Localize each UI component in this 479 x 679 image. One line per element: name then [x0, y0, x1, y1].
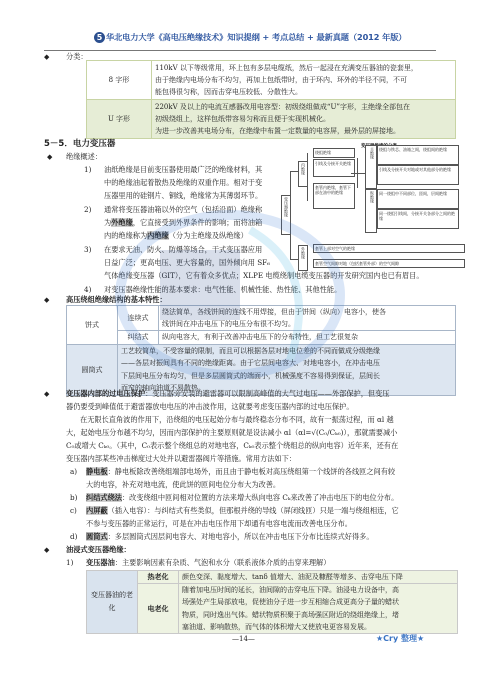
diagram-node: 同一绕组中不同部位，匝间，层间绝缘 — [377, 189, 459, 209]
text-line: 工艺较简单，不受容量的限制，而且可以根据各层对地电位差的不同而做成分级绝缘 — [121, 345, 452, 357]
text-line: 中的绝缘油起着散热及绝缘的双重作用。相对于变 — [104, 176, 262, 189]
text-line: 110kV 以下等级常用，环上包有多层电缆纸，然后一起浸在充满变压器油的瓷套里， — [155, 62, 452, 74]
text-line: 能包得很匀称，因而击穿电压较低、分散性大。 — [155, 86, 452, 98]
term-highlight: 内绝缘 — [147, 231, 169, 240]
sub-label: 纠结式 — [118, 331, 159, 344]
diamond-bullet-icon: ◆ — [44, 53, 49, 61]
page-header: 5 华北电力大学《高电压绝缘技术》知识提纲 + 考点总结 + 最新真题（2012… — [44, 28, 436, 51]
table-row: 电老化 随着加电压时间的延长，油间隙的击穿电压下降。油浸电力设备中，高 场强处产… — [87, 584, 458, 634]
text-line: ——各层对振间具有不同的绝缘距离。由于它层间电容大、对地电容小，在冲击电压 — [121, 357, 452, 369]
text-line: 大，起始电压分布越不均匀，因而内部保护的主要原则就是设法减小 αl（αl=√(C… — [66, 426, 398, 439]
item-number: b) — [70, 491, 77, 504]
diagram-node: 套管上部对空气的绝缘 — [313, 244, 465, 253]
text-line: 物质，同时逸出气体。蜡状物质积聚于高场强区附近的绕组绝缘上，堵 — [182, 609, 454, 621]
diamond-bullet-icon: ◆ — [44, 546, 49, 554]
text-line: 不参与变压器的正常运行，可是在冲击电压作用下却通有电容电流而改善电压分布。 — [86, 517, 399, 530]
text-line: 下层间电压分布均匀，但是多层圆筒式的端面小，机械强度不容易得到保证，层间长 — [121, 370, 452, 382]
protection-title: 变压器内部的过电压保护 — [66, 389, 145, 398]
text-line: ：改变绕组中匝间相对位置的方法来增大纵向电容 Cₖ来改善了冲击电压下的电位分布。 — [122, 493, 398, 502]
row-content: 纵向电容大，有利于改善冲击电压下的分布特性，但工艺很复杂 — [159, 331, 456, 344]
table-row: 饼式 连续式 绕法简单，各线饼间的连线不用焊接，但由于饼间（纵向）电容小，使各 … — [67, 306, 456, 331]
text-line: ：静电板除改善绕组端部电场外，而且由于静电板对高压绕组第一个线饼的各线匝之间有较 — [108, 467, 396, 476]
row-label: 电老化 — [138, 584, 179, 634]
protection-paragraph: 在无限长直角波的作用下，沿绕组的电压起始分布与最终稳态分布不同，故有一振荡过程，… — [66, 413, 398, 465]
term-highlight: 纠结式绕法 — [86, 493, 122, 502]
diagram-node: 引线及分接开关对地或对其他部分的绝缘 — [377, 165, 459, 185]
text-line: 随着加电压时间的延长，油间隙的击穿电压下降。油浸电力设备中，高 — [182, 584, 454, 596]
sub-label: 连续式 — [118, 306, 159, 331]
method-d: 圆筒式：多层圆筒式因层间电容大、对地电容小，所以在冲击电压下分布比连续式好得多。 — [86, 530, 374, 543]
table-row: U 字形 220kV 及以上的电流互感器改用电容型：初级绕组做成“U”字形，主绝… — [87, 100, 456, 139]
classification-label: 分类： — [66, 50, 88, 63]
section-title: 5－5．电力变压器 — [44, 137, 115, 149]
row-content: 110kV 以下等级常用，环上包有多层电缆纸，然后一起浸在充满变压器油的瓷套里，… — [152, 61, 456, 100]
group-label: 变压器油的老化 — [87, 571, 138, 634]
text-line: 初级绕组上，这样包纸带容易匀称而且便于实现机械化。 — [155, 113, 452, 125]
row-content: 绕法简单，各线饼间的连线不用焊接，但由于饼间（纵向）电容小，使各 线饼间在冲击电… — [159, 306, 456, 331]
row-label: 热老化 — [138, 571, 179, 584]
table-row: 变压器油的老化 热老化 颜色变深、黏度增大、tanδ 值增大、油泥及糠醛等增多、… — [87, 571, 458, 584]
table-row: 纠结式 纵向电容大，有利于改善冲击电压下的分布特性，但工艺很复杂 — [67, 331, 456, 344]
item-number: 1) — [84, 163, 91, 176]
row-content: 颜色变深、黏度增大、tanδ 值增大、油泥及糠醛等增多、击穿电压下降 — [179, 571, 458, 584]
item-number: c) — [70, 504, 77, 517]
text-line: 场强处产生局部放电，促使油分子进一步互相缩合成更高分子量的蜡状 — [182, 596, 454, 608]
row-label: 8 字形 — [87, 61, 152, 100]
text-line: 为进一步改善其电场分布，在绝缘中布置一定数量的电容屏，最外层的屏接地。 — [155, 125, 452, 137]
diagram-node: 套管内绝缘，套管下部在油中的绝缘 — [313, 183, 355, 209]
text-line: 油纸绝缘是目前变压器使用最广泛的绝缘材料，其 — [104, 163, 262, 176]
oil-insulation-label: 油浸式变压器绝缘： — [66, 543, 131, 556]
term-highlight: 外绝缘 — [111, 218, 133, 227]
term-highlight: 圆筒式 — [86, 532, 108, 541]
item-number: 3) — [84, 243, 91, 256]
term-highlight: 静电板 — [86, 467, 108, 476]
method-a: 静电板：静电板除改善绕组端部电场外，而且由于静电板对高压绕组第一个线饼的各线匝之… — [86, 465, 395, 491]
text-line: 220kV 及以上的电流互感器改用电容型：初级绕组做成“U”字形，主绝缘全部包在 — [155, 101, 452, 113]
page-number: —14— — [232, 635, 255, 643]
row-content: 220kV 及以上的电流互感器改用电容型：初级绕组做成“U”字形，主绝缘全部包在… — [152, 100, 456, 139]
item-number: 1) — [66, 556, 73, 569]
diagram-node: 套管空气间隙对地（包括套管外部）的空气间隙 — [313, 259, 465, 268]
text-line: 通常将变压器油箱以外的空气（包括沿面）绝缘称 — [104, 203, 262, 216]
diamond-bullet-icon: ◆ — [47, 153, 52, 161]
method-b: 纠结式绕法：改变绕组中匝间相对位置的方法来增大纵向电容 Cₖ来改善了冲击电压下的… — [86, 491, 398, 504]
oil-aging-table: 变压器油的老化 热老化 颜色变深、黏度增大、tanδ 值增大、油泥及糠醛等增多、… — [86, 570, 458, 634]
text-line: 在无限长直角波的作用下，沿绕组的电压起始分布与最终稳态分布不同，故有一振荡过程，… — [66, 413, 398, 426]
insulation-classification-diagram: 变压器绝缘的分类 变压器绝缘 内绝缘 外绝缘 绕组绝缘 引线及分接开关绝缘 套管… — [281, 143, 471, 267]
diagram-node: 同一绕组引线间，分接开关各部分之间的绝缘 — [377, 209, 459, 229]
term-highlight: 内屏蔽 — [86, 506, 108, 515]
oil-item: 变压器油：主要影响因素有杂质、气泡和水分（联系液体介质的击穿来理解） — [86, 556, 330, 569]
text-line: 绕法简单，各线饼间的连线不用焊接，但由于饼间（纵向）电容小，使各 — [162, 306, 452, 318]
diagram-main-insulation: 主绝缘 — [365, 145, 377, 189]
text-line: 内的绝缘称为内绝缘（分为主绝缘及纵绝缘） — [104, 229, 262, 242]
item-number: 2) — [84, 203, 91, 216]
diagram-longitudinal-insulation: 纵绝缘 — [365, 189, 377, 233]
text-line: C₀或增大 Cₖ₀。（其中，C₀表示整个绕组总的对地电容，Cₖ₀表示整个绕组总的… — [66, 439, 398, 452]
text-line: 变压器内部某些冲击梯度过大处并以避雷器阀片等措施。常用方法如下： — [66, 452, 398, 465]
diamond-bullet-icon: ◆ — [44, 296, 49, 304]
overview-label: 绝缘概述： — [66, 150, 102, 163]
protection-intro: 变压器内部的过电压保护：变压器旁安装的避雷器可以限制高峰值的大气过电压——外部保… — [66, 387, 389, 400]
header-title: 华北电力大学《高电压绝缘技术》知识提纲 + 考点总结 + 最新真题（2012 年… — [106, 32, 406, 43]
text-line: （插入电容）：与纠结式有些类似，但那根并绕的导线（屏闭线匝）只是一端与绕组相连，… — [108, 506, 399, 515]
text-line: 为外绝缘，它直接受到外界条件的影响；而将油箱 — [104, 216, 262, 229]
footer-brand: ★Cry 整理★ — [376, 633, 424, 644]
diagram-node: 引线及分接开关绝缘 — [313, 159, 355, 177]
oil-item-title: 变压器油 — [86, 558, 115, 567]
diagram-node: 绕组绝缘 — [313, 148, 355, 158]
winding-table: 饼式 连续式 绕法简单，各线饼间的连线不用焊接，但由于饼间（纵向）电容小，使各 … — [66, 305, 456, 396]
group-label: 饼式 — [67, 306, 118, 345]
logo-icon: 5 — [94, 32, 105, 43]
text-line: ：多层圆筒式因层间电容大、对地电容小，所以在冲击电压下分布比连续式好得多。 — [108, 532, 374, 541]
text-line: 由于绝缘内电场分布不均匀，再加上包纸带时，由于环内、环外的半径不同，不可 — [155, 74, 452, 86]
diagram-node: 绕组与铁芯、油箱之间，绕组间的绝缘 — [377, 145, 459, 165]
table-row: 8 字形 110kV 以下等级常用，环上包有多层电缆纸，然后一起浸在充满变压器油… — [87, 61, 456, 100]
text-line: ：变压器旁安装的避雷器可以限制高峰值的大气过电压——外部保护，但变压 — [145, 389, 389, 398]
overview-item-1: 油纸绝缘是目前变压器使用最广泛的绝缘材料，其 中的绝缘油起着散热及绝缘的双重作用… — [104, 163, 262, 202]
row-content: 随着加电压时间的延长，油间隙的击穿电压下降。油浸电力设备中，高 场强处产生局部放… — [179, 584, 458, 634]
item-number: a) — [70, 465, 77, 478]
text-line: 压器里用的硅钢片、铜线，绝缘常为其薄弱环节。 — [104, 189, 262, 202]
overview-item-2: 通常将变压器油箱以外的空气（包括沿面）绝缘称 为外绝缘，它直接受到外界条件的影响… — [104, 203, 262, 242]
text-line: 塞油道、影响散热，而气体的体积增大又使放电更容易发展。 — [182, 621, 454, 633]
text-line: 器仍要受到峰值低于避雷器放电电压的冲击波作用，这就要考虑变压器内部的过电压保护。 — [66, 400, 354, 413]
text-line: 气体绝缘变压器（GIT），它有着众多优点；XLPE 电缆绕制电缆变压器的开发研究… — [104, 269, 424, 282]
row-label: U 字形 — [87, 100, 152, 139]
diamond-bullet-icon: ◆ — [44, 390, 49, 398]
classification-table: 8 字形 110kV 以下等级常用，环上包有多层电缆纸，然后一起浸在充满变压器油… — [86, 60, 456, 139]
text-line: 大的电容，补充对地电流，使此饼的匝间电位分布大为改善。 — [86, 478, 395, 491]
item-number: d) — [70, 530, 77, 543]
text-line: 线饼间在冲击电压下的电压分布很不均匀。 — [162, 318, 452, 330]
text-line: ：主要影响因素有杂质、气泡和水分（联系液体介质的击穿来理解） — [115, 558, 331, 567]
method-c: 内屏蔽（插入电容）：与纠结式有些类似，但那根并绕的导线（屏闭线匝）只是一端与绕组… — [86, 504, 399, 530]
